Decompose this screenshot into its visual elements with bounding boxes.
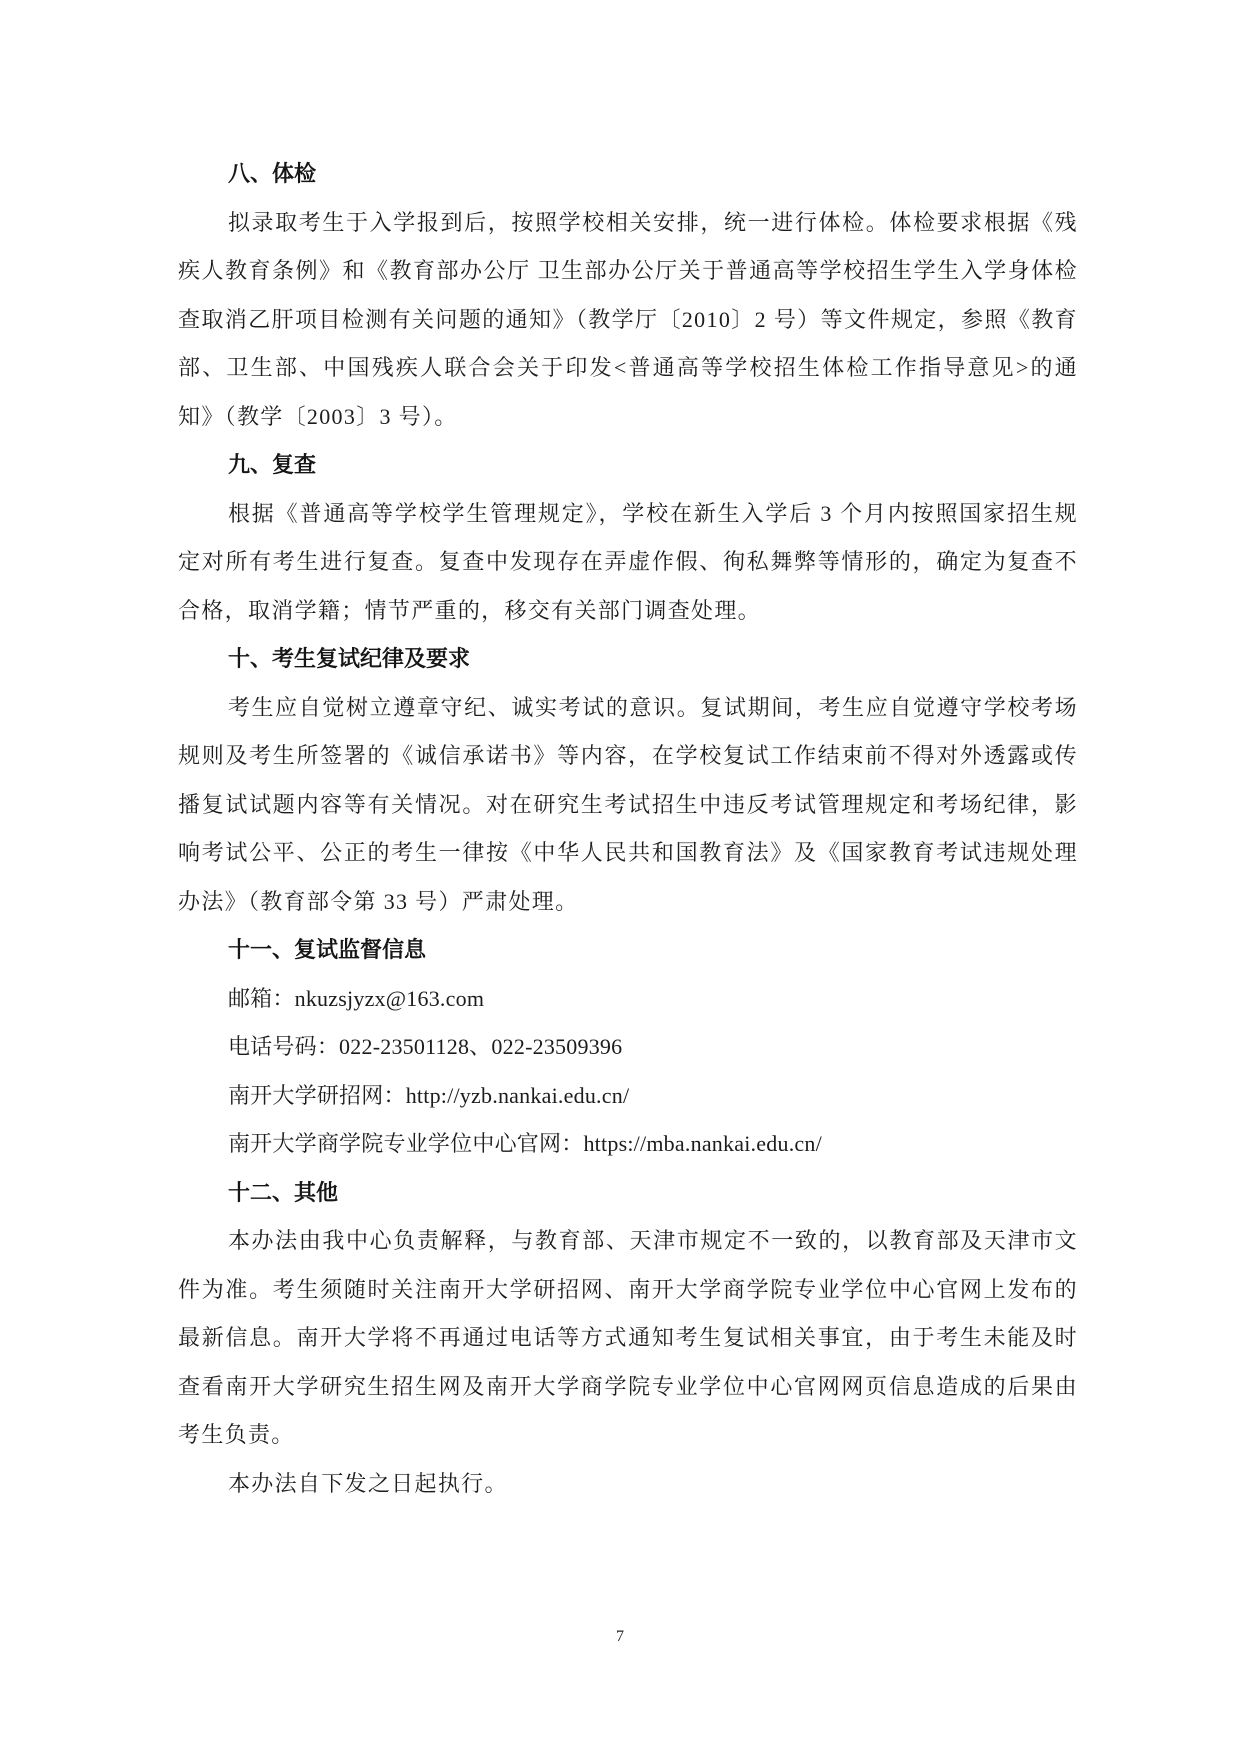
section-11-heading: 十一、复试监督信息 [178, 926, 1078, 975]
section-9-heading: 九、复查 [178, 441, 1078, 490]
page-number: 7 [0, 1626, 1240, 1648]
section-8-heading: 八、体检 [178, 150, 1078, 199]
contact-yzb-website-line: 南开大学研招网：http://yzb.nankai.edu.cn/ [178, 1072, 1078, 1121]
section-9-paragraph: 根据《普通高等学校学生管理规定》，学校在新生入学后 3 个月内按照国家招生规定对… [178, 490, 1078, 636]
document-content: 八、体检 拟录取考生于入学报到后，按照学校相关安排，统一进行体检。体检要求根据《… [178, 150, 1078, 1508]
document-page: 八、体检 拟录取考生于入学报到后，按照学校相关安排，统一进行体检。体检要求根据《… [0, 0, 1240, 1754]
contact-email-line: 邮箱：nkuzsjyzx@163.com [178, 975, 1078, 1024]
section-8-paragraph: 拟录取考生于入学报到后，按照学校相关安排，统一进行体检。体检要求根据《残疾人教育… [178, 199, 1078, 442]
section-12-heading: 十二、其他 [178, 1169, 1078, 1218]
section-10-paragraph: 考生应自觉树立遵章守纪、诚实考试的意识。复试期间，考生应自觉遵守学校考场规则及考… [178, 684, 1078, 927]
section-12-paragraph-1: 本办法由我中心负责解释，与教育部、天津市规定不一致的，以教育部及天津市文件为准。… [178, 1217, 1078, 1460]
contact-mba-website-line: 南开大学商学院专业学位中心官网：https://mba.nankai.edu.c… [178, 1120, 1078, 1169]
section-12-paragraph-2: 本办法自下发之日起执行。 [178, 1460, 1078, 1509]
section-10-heading: 十、考生复试纪律及要求 [178, 635, 1078, 684]
contact-phone-line: 电话号码：022-23501128、022-23509396 [178, 1023, 1078, 1072]
